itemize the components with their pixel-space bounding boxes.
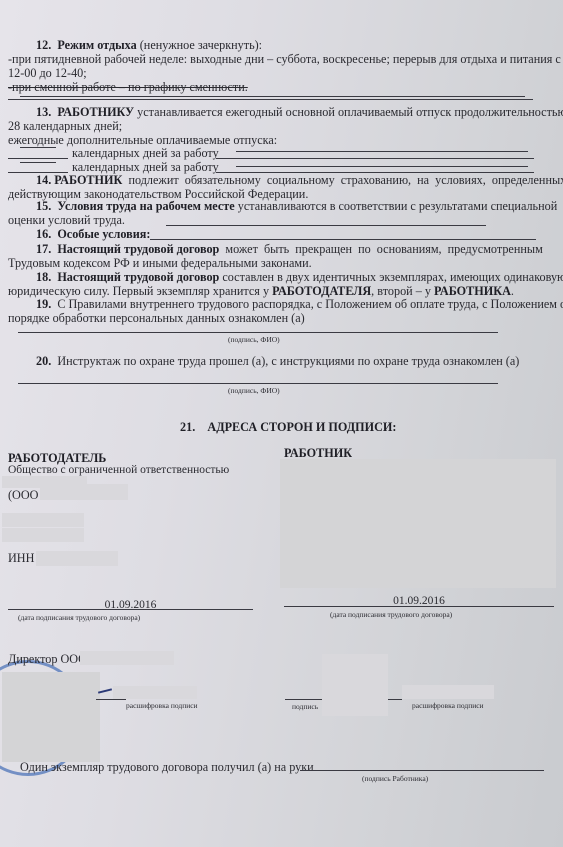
redacted-employee-details <box>280 459 556 588</box>
section-21-heading: 21. АДРЕСА СТОРОН И ПОДПИСИ: <box>180 420 396 435</box>
employer-signature-field[interactable] <box>96 699 126 700</box>
section-title: Настоящий трудовой договор <box>57 270 219 284</box>
extra-leave-row-1-label: календарных дней за работу <box>72 146 219 161</box>
redacted-director-name <box>80 651 174 665</box>
receipt-text: Один экземпляр трудового договора получи… <box>20 760 314 775</box>
redacted-signature-area <box>2 672 100 762</box>
section-17-line1: 17. Настоящий трудовой договор может быт… <box>36 242 543 257</box>
fill-line <box>388 699 402 700</box>
section-number: 16. <box>36 227 51 241</box>
section-number: 19. <box>36 297 51 311</box>
employee-date-caption: (дата подписания трудового договора) <box>330 610 452 619</box>
section-title: Режим отдыха <box>57 38 136 52</box>
section-19-line2: порядке обработки персональных данных оз… <box>8 311 305 326</box>
days-field-1-top <box>20 147 56 148</box>
section-text: подлежит обязательному социальному страх… <box>128 173 563 187</box>
section-number: 18. <box>36 270 51 284</box>
section-text: юридическую силу. Первый экземпляр храни… <box>8 284 269 298</box>
section-text: может быть прекращен по основаниям, пред… <box>225 242 542 256</box>
section-text: составлен в двух идентичных экземплярах,… <box>222 270 563 284</box>
fill-line <box>236 166 528 167</box>
section-text: устанавливаются в соответствии с результ… <box>238 199 558 213</box>
section-title: РАБОТНИК <box>54 173 122 187</box>
section-19-signature-field[interactable] <box>18 332 498 333</box>
section-number: 17. <box>36 242 51 256</box>
redacted-employee-decode <box>402 685 494 699</box>
section-title: АДРЕСА СТОРОН И ПОДПИСИ: <box>207 420 396 434</box>
section-text: устанавливается ежегодный основной оплач… <box>137 105 563 119</box>
employer-date-caption: (дата подписания трудового договора) <box>18 613 140 622</box>
employer-date: 01.09.2016 <box>8 598 253 613</box>
fill-line <box>8 99 533 100</box>
redacted-block <box>2 513 84 527</box>
section-text: . <box>511 284 514 298</box>
section-number: 12. <box>36 38 51 52</box>
days-field-1[interactable] <box>8 158 68 159</box>
section-15-line1: 15. Условия труда на рабочем месте устан… <box>36 199 557 214</box>
employee-date-field[interactable] <box>284 606 554 607</box>
section-text: , второй – у <box>371 284 431 298</box>
section-number: 21. <box>180 420 195 434</box>
fill-line <box>20 96 525 97</box>
employee-decode-caption: расшифровка подписи <box>412 701 484 710</box>
redacted-inn <box>36 551 118 566</box>
fill-line <box>166 225 486 226</box>
extra-leave-row-1-field[interactable] <box>216 158 534 159</box>
section-19-line1: 19. С Правилами внутреннего трудового ра… <box>36 297 563 312</box>
section-20-signature-field[interactable] <box>18 383 498 384</box>
director-label: Директор ООО <box>8 652 87 667</box>
section-number: 13. <box>36 105 51 119</box>
section-title: РАБОТНИКУ <box>57 105 134 119</box>
section-title: Условия труда на рабочем месте <box>57 199 234 213</box>
section-title: Особые условия: <box>57 227 150 241</box>
fill-line <box>236 151 528 152</box>
employer-decode-caption: расшифровка подписи <box>126 701 198 710</box>
employer-date-field[interactable] <box>8 609 253 610</box>
section-12-line3-struck: -при сменной работе – по графику сменнос… <box>8 80 248 95</box>
section-text: Инструктаж по охране труда прошел (а), с… <box>57 354 519 368</box>
section-number: 20. <box>36 354 51 368</box>
employee-sign-caption: подпись <box>292 702 318 711</box>
section-12-line2: 12-00 до 12-40; <box>8 66 87 81</box>
section-20-sign-caption: (подпись, ФИО) <box>228 386 280 395</box>
receipt-caption: (подпись Работника) <box>362 774 428 783</box>
redacted-decode-name <box>113 686 197 699</box>
redacted-employee-signature <box>322 654 388 716</box>
employee-term: РАБОТНИКА <box>434 284 511 298</box>
employer-org-short: (ООО <box>8 488 38 503</box>
section-14-line1: 14. РАБОТНИК подлежит обязательному соци… <box>36 173 563 188</box>
section-19-sign-caption: (подпись, ФИО) <box>228 335 280 344</box>
section-12-line1: -при пятидневной рабочей неделе: выходны… <box>8 52 561 67</box>
section-12-heading: 12. Режим отдыха (ненужное зачеркнуть): <box>36 38 262 53</box>
employer-term: РАБОТОДАТЕЛЯ <box>272 284 371 298</box>
days-field-2-top <box>20 162 56 163</box>
employee-signature-field[interactable] <box>285 699 325 700</box>
signature-stroke <box>98 688 112 693</box>
section-16-line: 16. Особые условия: <box>36 227 150 242</box>
section-18-line1: 18. Настоящий трудовой договор составлен… <box>36 270 563 285</box>
redacted-block <box>40 484 128 500</box>
employer-inn-label: ИНН <box>8 551 34 566</box>
section-number: 15. <box>36 199 51 213</box>
section-number: 14. <box>36 173 51 187</box>
section-17-line2: Трудовым кодексом РФ и иными федеральным… <box>8 256 312 271</box>
section-note: (ненужное зачеркнуть): <box>140 38 262 52</box>
section-title: Настоящий трудовой договор <box>57 242 219 256</box>
section-20-line1: 20. Инструктаж по охране труда прошел (а… <box>36 354 519 369</box>
receipt-signature-field[interactable] <box>300 770 544 771</box>
section-15-line2: оценки условий труда. <box>8 213 125 228</box>
section-13-line2: 28 календарных дней; <box>8 119 122 134</box>
section-text: С Правилами внутреннего трудового распор… <box>57 297 563 311</box>
section-13-line1: 13. РАБОТНИКУ устанавливается ежегодный … <box>36 105 563 120</box>
special-conditions-field[interactable] <box>150 239 536 240</box>
employee-heading-text: РАБОТНИК <box>284 446 352 460</box>
redacted-block <box>2 528 84 542</box>
